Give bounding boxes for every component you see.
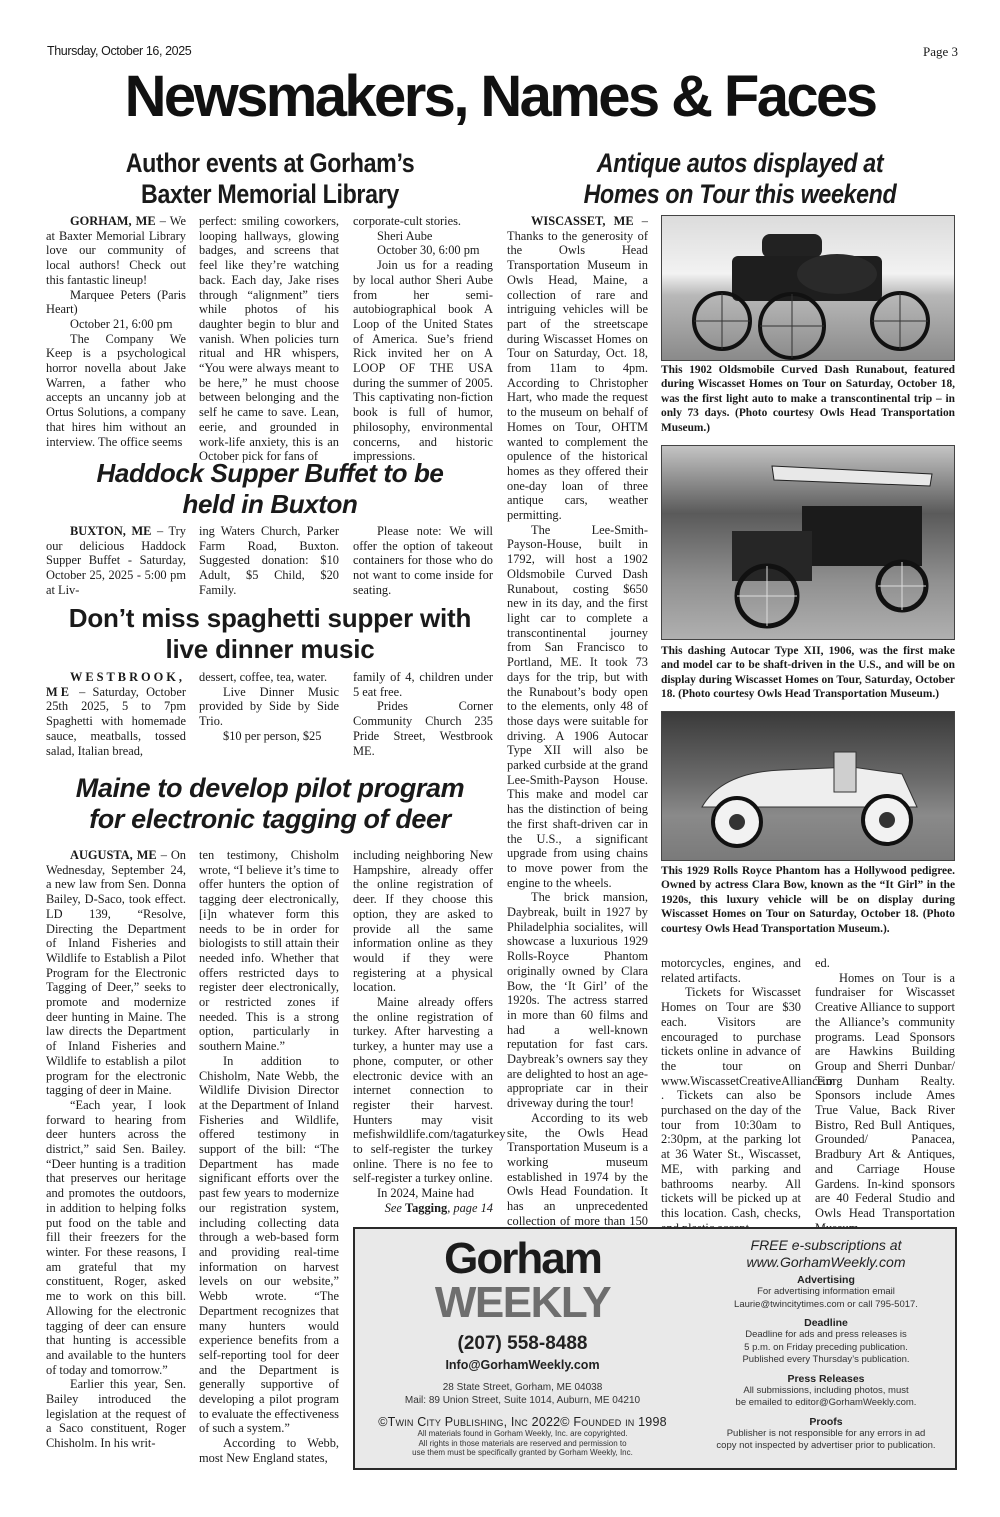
deer-col1: AUGUSTA, ME – On Wednesday, September 24… — [46, 848, 186, 1451]
rolls-royce-caption: This 1929 Rolls Royce Phantom has a Holl… — [661, 864, 955, 936]
editor-email[interactable]: be emailed to editor@GorhamWeekly.com. — [700, 1397, 952, 1410]
spaghetti-headline: Don’t miss spaghetti supper with live di… — [45, 603, 495, 665]
autocar-photo — [661, 445, 955, 640]
deer-col3: including neighboring New Hampshire, alr… — [353, 848, 493, 1216]
advertising-heading: Advertising — [700, 1274, 952, 1286]
oldsmobile-caption: This 1902 Oldsmobile Curved Dash Runabou… — [661, 363, 955, 435]
publication-info-box: Gorham WEEKLY (207) 558-8488 Info@Gorham… — [353, 1227, 957, 1470]
press-releases-heading: Press Releases — [700, 1373, 952, 1385]
antique-car-icon — [662, 712, 955, 861]
author-events-col1: GORHAM, ME – We at Baxter Memorial Libra… — [46, 214, 186, 449]
advertising-email[interactable]: Laurie@twincitytimes.com or call 795-501… — [700, 1299, 952, 1312]
spaghetti-col3: family of 4, children under 5 eat free. … — [353, 670, 493, 758]
deer-headline: Maine to develop pilot program for elect… — [45, 773, 495, 835]
website-link[interactable]: www.GorhamWeekly.com — [700, 1254, 952, 1271]
contact-email[interactable]: Info@GorhamWeekly.com — [355, 1358, 690, 1372]
antique-car-icon — [662, 216, 955, 361]
autos-headline: Antique autos displayed at Homes on Tour… — [515, 148, 965, 210]
copyright-line: ©Twin City Publishing, Inc 2022© Founded… — [355, 1415, 690, 1429]
author-events-col3: corporate-cult stories. Sheri Aube Octob… — [353, 214, 493, 464]
street-address: 28 State Street, Gorham, ME 04038 — [355, 1381, 690, 1394]
issue-date: Thursday, October 16, 2025 — [47, 44, 191, 58]
haddock-col2: ing Waters Church, Parker Farm Road, Bux… — [199, 524, 339, 598]
mailing-address: Mail: 89 Union Street, Suite 1014, Aubur… — [355, 1394, 690, 1407]
deadline-heading: Deadline — [700, 1317, 952, 1329]
logo-weekly: WEEKLY — [355, 1281, 690, 1325]
author-events-headline: Author events at Gorham’s Baxter Memoria… — [45, 148, 495, 210]
author-events-col2: perfect: smiling coworkers, looping hall… — [199, 214, 339, 464]
oldsmobile-photo — [661, 215, 955, 361]
jump-line[interactable]: See Tagging, page 14 — [353, 1201, 493, 1216]
rolls-royce-photo — [661, 711, 955, 861]
deer-col2: ten testimony, Chisholm wrote, “I believ… — [199, 848, 339, 1466]
subscription-block: FREE e-subscriptions at www.GorhamWeekly… — [700, 1237, 952, 1453]
phone-number[interactable]: (207) 558-8488 — [355, 1333, 690, 1355]
haddock-col3: Please note: We will offer the option of… — [353, 524, 493, 598]
spaghetti-col2: dessert, coffee, tea, water. Live Dinner… — [199, 670, 339, 744]
proofs-heading: Proofs — [700, 1416, 952, 1428]
dateline: GORHAM, ME — [70, 214, 156, 228]
autos-col1: WISCASSET, ME – Thanks to the generosity… — [507, 214, 648, 1273]
section-masthead: Newsmakers, Names & Faces — [40, 62, 960, 132]
spaghetti-col1: WESTBROOK, ME – Saturday, October 25th 2… — [46, 670, 186, 758]
antique-car-icon — [662, 446, 955, 640]
autos-col3: ed. Homes on Tour is a fundraiser for Wi… — [815, 956, 955, 1235]
haddock-col1: BUXTON, ME – Try our delicious Haddock S… — [46, 524, 186, 598]
haddock-headline: Haddock Supper Buffet to be held in Buxt… — [45, 458, 495, 520]
autocar-caption: This dashing Autocar Type XII, 1906, was… — [661, 644, 955, 702]
publisher-block: Gorham WEEKLY (207) 558-8488 Info@Gorham… — [355, 1237, 690, 1458]
autos-col2: motorcycles, engines, and related artifa… — [661, 956, 801, 1235]
page-number: Page 3 — [923, 44, 958, 60]
logo-gorham: Gorham — [355, 1237, 690, 1281]
